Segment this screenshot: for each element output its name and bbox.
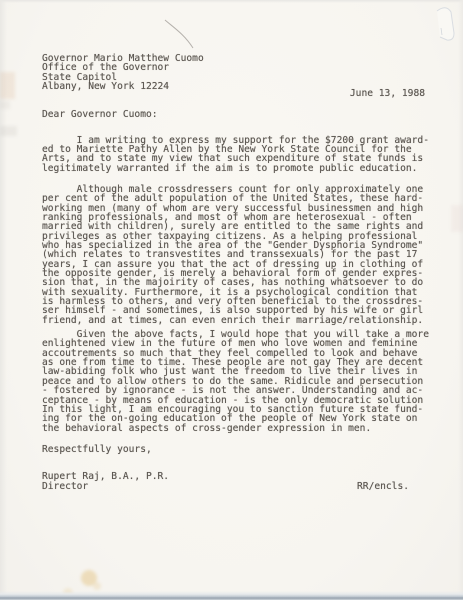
letter-date: June 13, 1988	[350, 88, 425, 99]
scan-edge-top	[0, 0, 463, 3]
scan-edge-left	[0, 0, 7, 600]
reference-notation: RR/encls.	[357, 482, 409, 491]
body-paragraph-2: Although male crossdressers count for on…	[42, 185, 429, 325]
signature-block: Rupert Raj, B.A., P.R. Director RR/encls…	[42, 472, 429, 491]
yellow-stain	[93, 582, 101, 590]
scan-edge-bottom	[0, 591, 463, 600]
letter-page: Governor Mario Matthew Cuomo Office of t…	[0, 0, 463, 600]
paperclip-corner-mark	[441, 28, 442, 35]
yellow-stain	[81, 570, 97, 586]
letter-content: Governor Mario Matthew Cuomo Office of t…	[42, 54, 429, 491]
body-paragraph-1: I am writing to express my support for t…	[42, 136, 429, 173]
paperclip-corner-mark	[437, 8, 454, 40]
body-paragraph-3: Given the above facts, I would hope that…	[42, 330, 429, 433]
salutation: Dear Governor Cuomo:	[42, 110, 429, 119]
recipient-address: Governor Mario Matthew Cuomo Office of t…	[42, 54, 429, 91]
closing: Respectfully yours,	[42, 445, 429, 454]
scan-edge-right	[458, 0, 463, 600]
pencil-mark	[165, 20, 193, 48]
